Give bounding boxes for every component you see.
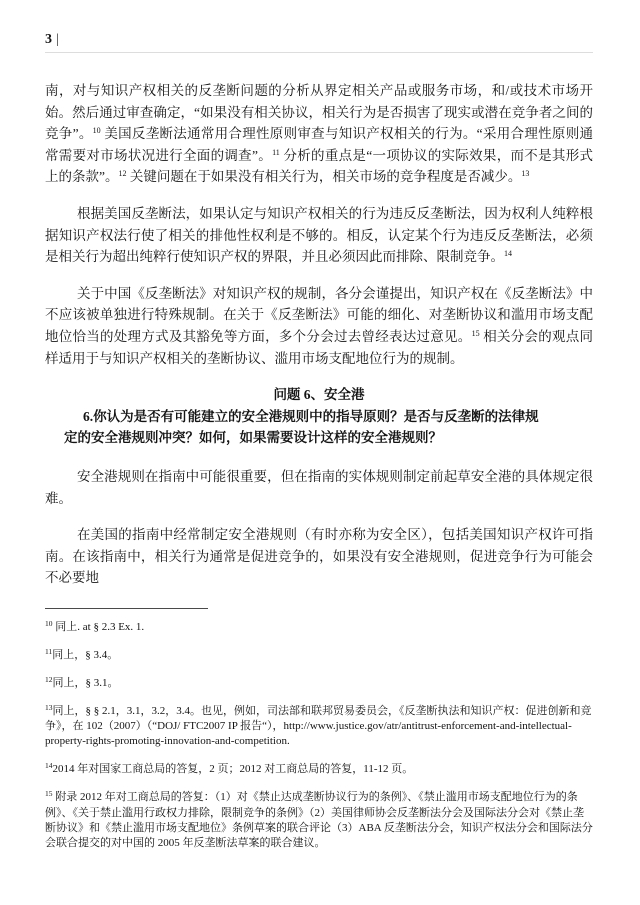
footnote-text: 附录 2012 年对工商总局的答复：（1）对《禁止达成垄断协议行为的条例》、《禁… xyxy=(45,791,593,849)
body-paragraph-3: 关于中国《反垄断法》对知识产权的规制，各分会谨提出，知识产权在《反垄断法》中不应… xyxy=(45,283,593,369)
heading-line-2: 6.你认为是否有可能建立的安全港规则中的指导原则？是否与反垄断的法律规 xyxy=(83,406,593,428)
header-rule xyxy=(45,52,593,53)
header-divider: | xyxy=(56,32,60,47)
footnote-15: 15 附录 2012 年对工商总局的答复：（1）对《禁止达成垄断协议行为的条例》… xyxy=(45,790,593,852)
heading-line-3: 定的安全港规则冲突？如何，如果需要设计这样的安全港规则？ xyxy=(64,427,593,449)
footnote-number: 13 xyxy=(45,703,53,712)
body-paragraph-4: 安全港规则在指南中可能很重要，但在指南的实体规则制定前起草安全港的具体规定很难。 xyxy=(45,466,593,509)
footnotes-section: 10 同上. at § 2.3 Ex. 1. 11同上，§ 3.4。 12同上，… xyxy=(45,608,593,852)
question-heading: 问题 6、安全港 6.你认为是否有可能建立的安全港规则中的指导原则？是否与反垄断… xyxy=(45,384,593,449)
footnote-number: 10 xyxy=(45,619,53,628)
footnote-text: 同上. at § 2.3 Ex. 1. xyxy=(53,621,145,633)
body-paragraph-2: 根据美国反垄断法，如果认定与知识产权相关的行为违反反垄断法，因为权利人纯粹根据知… xyxy=(45,203,593,268)
footnote-separator xyxy=(45,608,208,609)
body-paragraph-1: 南，对与知识产权相关的反垄断问题的分析从界定相关产品或服务市场，和/或技术市场开… xyxy=(45,80,593,188)
heading-line-1: 问题 6、安全港 xyxy=(45,384,593,406)
body-text: 南，对与知识产权相关的反垄断问题的分析从界定相关产品或服务市场，和/或技术市场开… xyxy=(45,80,593,589)
footnote-number: 12 xyxy=(45,675,53,684)
footnote-13: 13同上，§ § 2.1，3.1，3.2，3.4。也见，例如，司法部和联邦贸易委… xyxy=(45,704,593,750)
footnote-number: 14 xyxy=(45,761,53,770)
footnote-number: 15 xyxy=(45,789,53,798)
footnote-text: 同上，§ 3.1。 xyxy=(53,677,119,689)
document-page: 3| 南，对与知识产权相关的反垄断问题的分析从界定相关产品或服务市场，和/或技术… xyxy=(0,0,640,905)
footnote-12: 12同上，§ 3.1。 xyxy=(45,676,593,691)
body-paragraph-5: 在美国的指南中经常制定安全港规则（有时亦称为安全区），包括美国知识产权许可指南。… xyxy=(45,524,593,589)
footnote-11: 11同上，§ 3.4。 xyxy=(45,648,593,663)
footnote-14: 142014 年对国家工商总局的答复，2 页；2012 对工商总局的答复，11-… xyxy=(45,762,593,777)
page-number: 3 xyxy=(45,32,53,47)
footnote-text: 同上，§ § 2.1，3.1，3.2，3.4。也见，例如，司法部和联邦贸易委员会… xyxy=(45,705,592,748)
footnote-text: 2014 年对国家工商总局的答复，2 页；2012 对工商总局的答复，11-12… xyxy=(53,763,414,775)
footnote-text: 同上，§ 3.4。 xyxy=(52,649,118,661)
page-header: 3| xyxy=(45,30,593,50)
footnote-10: 10 同上. at § 2.3 Ex. 1. xyxy=(45,620,593,635)
